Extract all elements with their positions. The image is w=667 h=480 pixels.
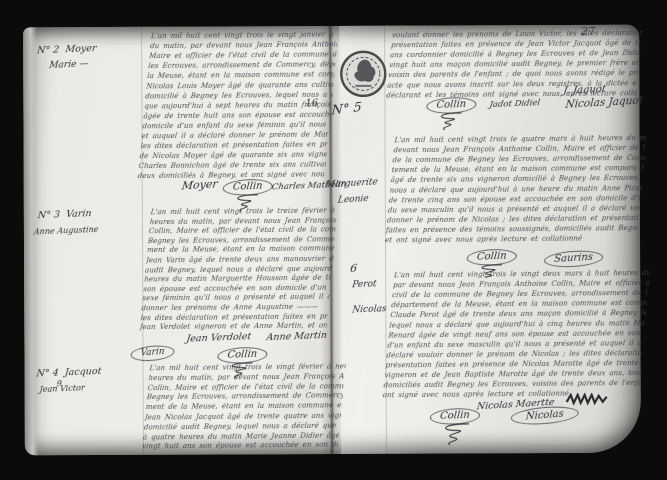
signature-leonie: Leonie — [337, 194, 369, 206]
page-edge-shadow — [23, 27, 39, 455]
record-2-margin-heading: N° 2 Moyer — [36, 43, 97, 56]
handwritten-line: et ont signé avec nous après lecture et … — [384, 233, 637, 245]
record-6-surname: Perot — [352, 279, 377, 290]
record-5-margin-number: N° 5 — [331, 100, 362, 118]
record-3-margin-heading: N° 3 Varin — [37, 208, 92, 221]
register-double-page: N° 2 Moyer Marie — L'an mil huit cent vi… — [23, 25, 641, 456]
record-6-act-text: L'an mil huit cent vingt trois le vingt … — [382, 268, 651, 401]
signature-saurins: Saurins — [543, 249, 603, 268]
signature-nicolas-circled: Nicolas — [510, 404, 579, 426]
signature-varin: Varin — [130, 344, 175, 362]
record-3-surname: Varin — [66, 208, 93, 220]
signature-collin-3: Collin — [424, 96, 477, 132]
record-4-surname: Jacquot — [64, 366, 102, 378]
record-2-given-name: Marie — — [49, 59, 89, 71]
handwritten-line: vingt huit ans son épouse est accouchée … — [141, 441, 338, 453]
record-4-number: N° 4 — [36, 368, 59, 380]
record-2-number: N° 2 — [36, 44, 59, 56]
signature-anne-martin: Anne Martin — [266, 330, 328, 343]
signature-flourish-coil — [424, 111, 472, 133]
left-margin-fold — [141, 27, 144, 455]
signature-jadot-didiel: Jadot Didiel — [489, 98, 541, 110]
record-4-given-name: Jean Victor — [39, 383, 85, 394]
record-4-act-text: L'an mil huit cent vingt trois le vingt … — [141, 362, 346, 452]
record-3-number: N° 3 — [37, 209, 60, 221]
signature-j-jaquot-inline: J. Jaquot — [563, 84, 607, 97]
signature-moyer: Moyer — [181, 178, 218, 193]
record-3-act-text: L'an mil huit cent vingt trois le treize… — [139, 206, 338, 333]
signature-collin-5: Collin — [427, 407, 481, 447]
record-3-given-name: Anne Augustine — [33, 225, 99, 237]
record-5-act-text: L'an mil huit cent vingt trois le quatre… — [384, 133, 647, 245]
document-scan-stage: N° 2 Moyer Marie — L'an mil huit cent vi… — [0, 0, 667, 480]
signature-flourish-coil — [427, 421, 479, 447]
left-folio-number: 16 — [305, 98, 318, 109]
signature-marguerite: Marguerite — [325, 177, 378, 190]
record-6-margin-number: 6 — [349, 262, 357, 275]
signature-jean-verdolet: Jean Verdolet — [186, 331, 252, 345]
record-2-surname: Moyer — [65, 43, 97, 55]
timbre-stamp-icon — [337, 46, 389, 102]
record-6-given-name: Nicolas — [352, 304, 387, 315]
record-4-margin-heading: N° 4 Jacquot — [36, 366, 102, 380]
